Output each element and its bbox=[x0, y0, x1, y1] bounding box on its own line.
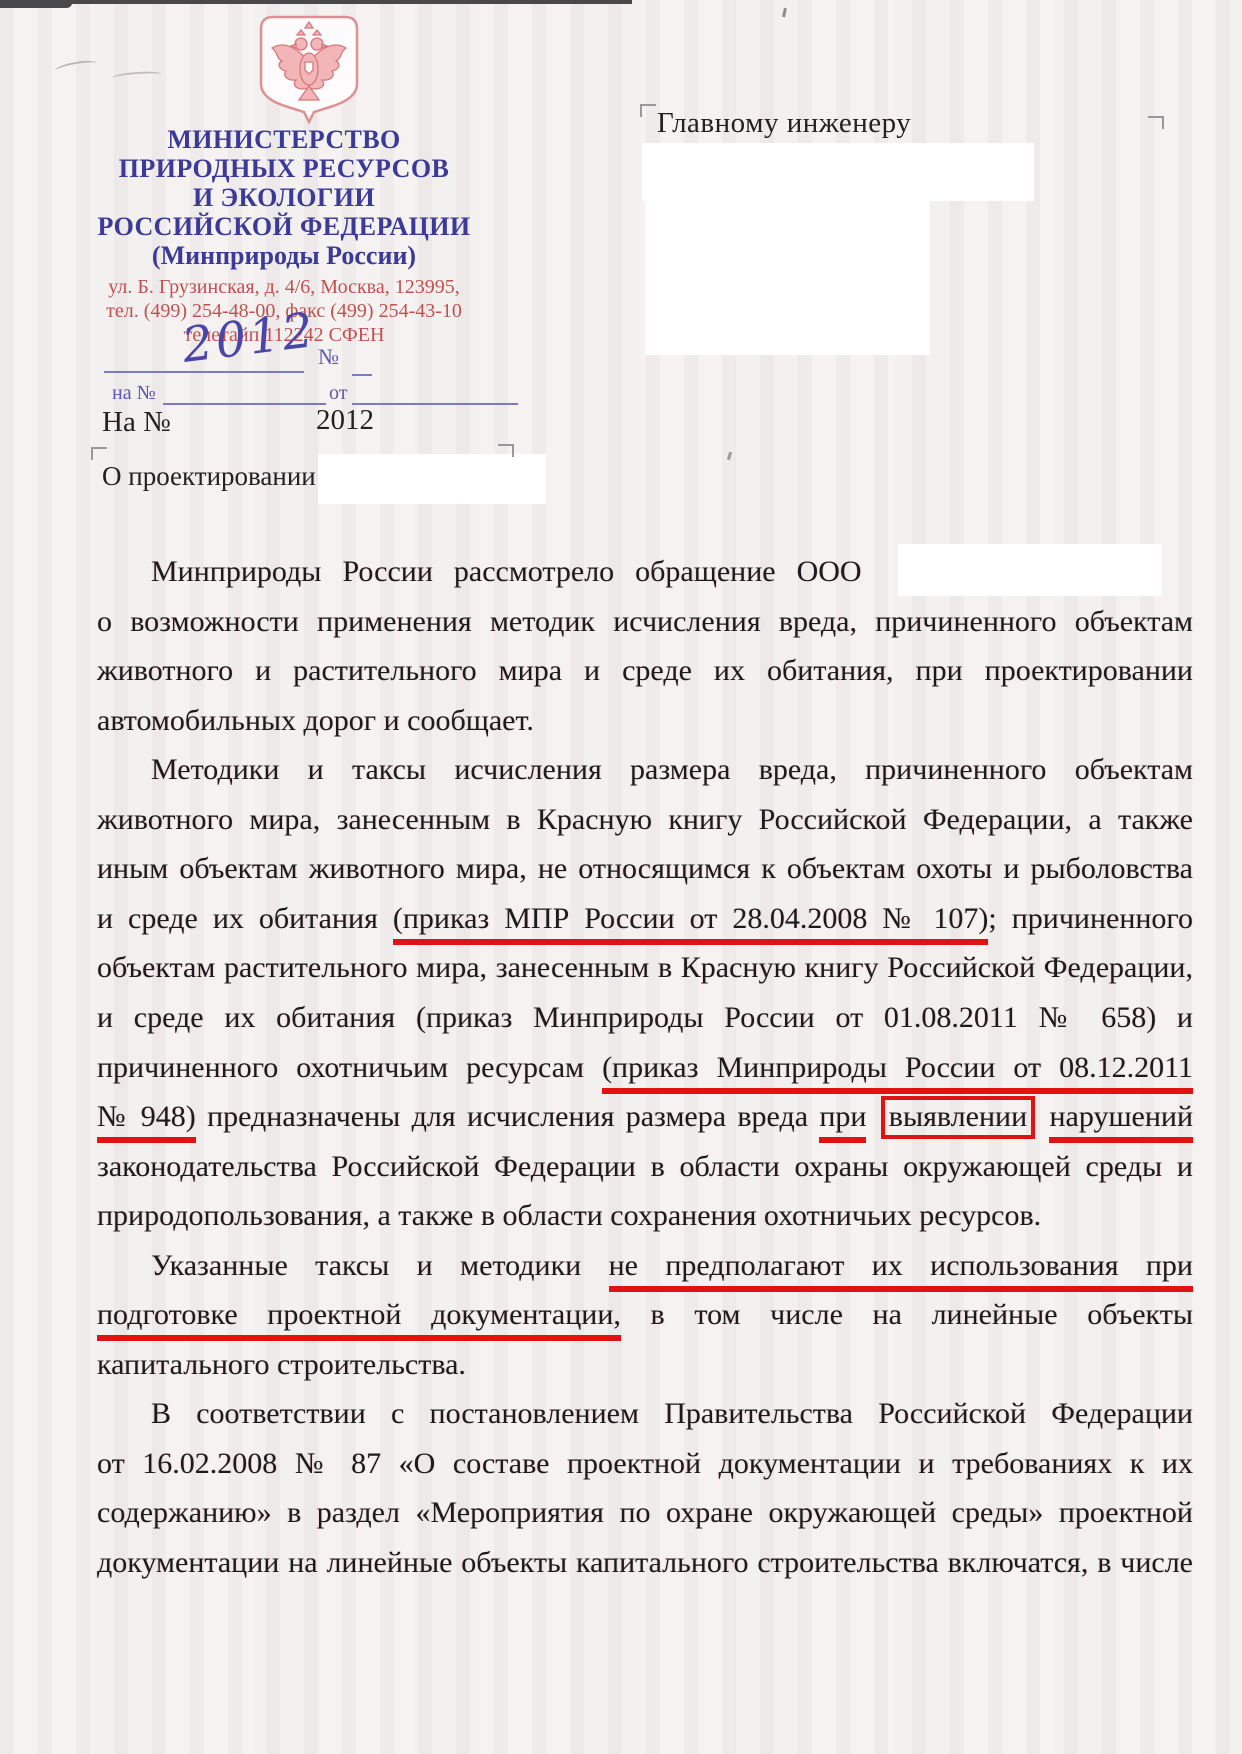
red-annotation-underline: нарушений bbox=[1049, 1100, 1193, 1143]
body-line: объектам растительного мира, занесенным … bbox=[97, 947, 1193, 999]
body-line: и среде их обитания (приказ Минприроды Р… bbox=[97, 997, 1193, 1049]
body-text-segment: предназначены для исчисления размера вре… bbox=[196, 1100, 820, 1133]
body-line: В соответствии с постановлением Правител… bbox=[97, 1393, 1193, 1445]
body-line: документации на линейные объекты капитал… bbox=[97, 1542, 1193, 1594]
body-text-segment: содержанию» в раздел «Мероприятия по охр… bbox=[97, 1496, 1193, 1529]
body-text-segment: иным объектам животного мира, не относящ… bbox=[97, 852, 1193, 885]
red-annotation-underline: при bbox=[819, 1100, 866, 1143]
body-line: иным объектам животного мира, не относящ… bbox=[97, 848, 1193, 900]
body-line: Методики и таксы исчисления размера вред… bbox=[97, 749, 1193, 801]
body-text-segment: о возможности применения методик исчисле… bbox=[97, 605, 1193, 638]
body-line: о возможности применения методик исчисле… bbox=[97, 601, 1193, 653]
body-line: Указанные таксы и методики не предполага… bbox=[97, 1245, 1193, 1297]
body-line: содержанию» в раздел «Мероприятия по охр… bbox=[97, 1492, 1193, 1544]
red-annotation-underline: не предполагают их использования при bbox=[609, 1249, 1193, 1292]
body-text-segment: автомобильных дорог и сообщает. bbox=[97, 704, 534, 737]
body-line: № 948) предназначены для исчисления разм… bbox=[97, 1096, 1193, 1148]
body-text-segment: документации на линейные объекты капитал… bbox=[97, 1546, 1193, 1579]
red-annotation-underline: подготовке проектной документации, bbox=[97, 1298, 621, 1341]
body-line: от 16.02.2008 № 87 «О составе проектной … bbox=[97, 1443, 1193, 1495]
body-line: животного и растительного мира и среде и… bbox=[97, 650, 1193, 702]
body-text-segment: причиненного охотничьим ресурсам bbox=[97, 1051, 602, 1084]
body-line: природопользования, а также в области со… bbox=[97, 1195, 1193, 1247]
body-text-segment: животного мира, занесенным в Красную кни… bbox=[97, 803, 1193, 836]
body-line: законодательства Российской Федерации в … bbox=[97, 1146, 1193, 1198]
red-annotation-box: выявлении bbox=[881, 1096, 1035, 1139]
red-annotation-underline: (приказ Минприроды России от 08.12.2011 bbox=[602, 1051, 1193, 1094]
body-text-segment: и среде их обитания bbox=[97, 902, 393, 935]
body-text-segment: от 16.02.2008 № 87 «О составе проектной … bbox=[97, 1447, 1193, 1480]
body-text-segment: животного и растительного мира и среде и… bbox=[97, 654, 1193, 687]
body-text-segment: В соответствии с постановлением Правител… bbox=[151, 1397, 1193, 1430]
body-line: Минприроды России рассмотрело обращение … bbox=[97, 551, 1193, 603]
body-text: Минприроды России рассмотрело обращение … bbox=[0, 0, 1242, 1754]
body-text-segment bbox=[1038, 1100, 1049, 1133]
body-line: и среде их обитания (приказ МПР России о… bbox=[97, 898, 1193, 950]
body-line: автомобильных дорог и сообщает. bbox=[97, 700, 1193, 752]
body-text-segment: Минприроды России рассмотрело обращение … bbox=[151, 555, 862, 588]
body-line: животного мира, занесенным в Красную кни… bbox=[97, 799, 1193, 851]
body-text-segment bbox=[866, 1100, 877, 1133]
body-line: подготовке проектной документации, в том… bbox=[97, 1294, 1193, 1346]
body-text-segment: в том числе на линейные объекты bbox=[621, 1298, 1193, 1331]
body-text-segment: природопользования, а также в области со… bbox=[97, 1199, 1041, 1232]
body-text-segment: ; причиненного bbox=[988, 902, 1193, 935]
body-text-segment: законодательства Российской Федерации в … bbox=[97, 1150, 1193, 1183]
body-text-segment: Указанные таксы и методики bbox=[151, 1249, 609, 1282]
body-text-segment: объектам растительного мира, занесенным … bbox=[97, 951, 1193, 984]
body-text-segment: Методики и таксы исчисления размера вред… bbox=[151, 753, 1193, 786]
red-annotation-underline: № 948) bbox=[97, 1100, 196, 1143]
body-text-segment: и среде их обитания (приказ Минприроды Р… bbox=[97, 1001, 1193, 1034]
body-text-segment: капитального строительства. bbox=[97, 1348, 466, 1381]
body-line: причиненного охотничьим ресурсам (приказ… bbox=[97, 1047, 1193, 1099]
body-line: капитального строительства. bbox=[97, 1344, 1193, 1396]
red-annotation-underline: (приказ МПР России от 28.04.2008 № 107) bbox=[393, 902, 989, 945]
scanned-letter-page: МИНИСТЕРСТВОПРИРОДНЫХ РЕСУРСОВИ ЭКОЛОГИИ… bbox=[0, 0, 1242, 1754]
